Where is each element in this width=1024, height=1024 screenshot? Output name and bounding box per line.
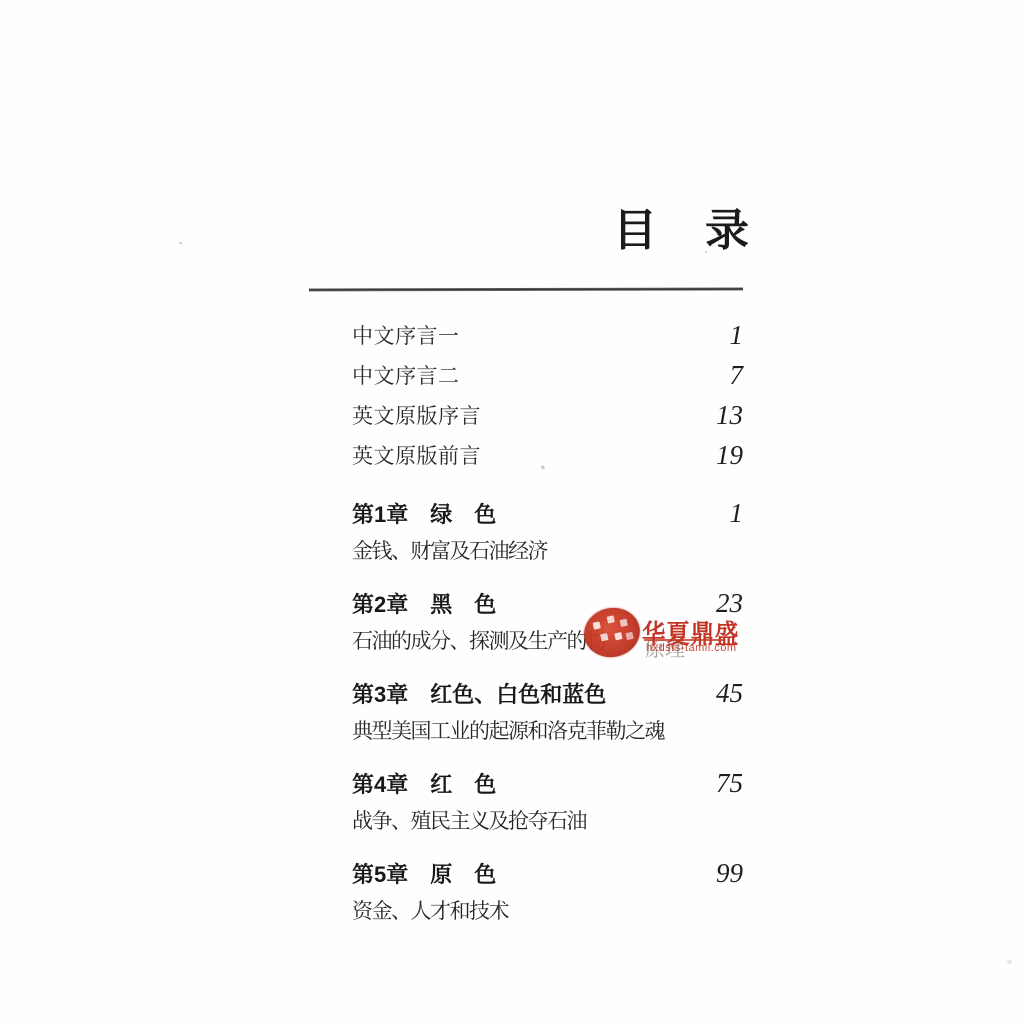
- entry-label: 中文序言二: [352, 360, 460, 390]
- front-matter-list: 中文序言一 1 中文序言二 7 英文原版序言 13 英文原版前言 19: [352, 315, 743, 475]
- scan-speck: [179, 242, 182, 244]
- watermark-domain-text: hxdsts-tamll.com: [646, 642, 737, 654]
- chapter-subtitle: 典型美国工业的起源和洛克菲勒之魂: [352, 720, 743, 742]
- watermark-rule: [644, 639, 724, 641]
- chapter-entry: 第5章 原 色 99 资金、人才和技术: [352, 860, 743, 922]
- chapter-entry: 第1章 绿 色 1 金钱、财富及石油经济: [352, 500, 743, 562]
- chapter-head: 第1章 绿 色 1: [352, 500, 743, 526]
- chapter-page-number: 1: [730, 500, 744, 527]
- chapter-title: 第2章 黑 色: [352, 592, 496, 618]
- chapter-title: 第1章 绿 色: [352, 502, 496, 528]
- chapter-title: 第3章 红色、白色和蓝色: [352, 682, 606, 708]
- chapter-subtitle: 金钱、财富及石油经济: [352, 540, 743, 562]
- chapter-page-number: 45: [716, 680, 743, 707]
- toc-entry: 英文原版序言 13: [352, 395, 743, 435]
- chapter-title: 第5章 原 色: [352, 862, 496, 888]
- entry-page-number: 13: [716, 402, 743, 429]
- toc-entry: 中文序言一 1: [352, 315, 743, 355]
- entry-label: 中文序言一: [352, 320, 460, 350]
- scanned-toc-page: { "document": { "title": "目 录", "front_m…: [0, 0, 1024, 1024]
- toc-entry: 中文序言二 7: [352, 355, 743, 395]
- page-title: 目 录: [613, 194, 751, 258]
- chapter-page-number: 23: [716, 590, 743, 617]
- chapter-subtitle: 资金、人才和技术: [352, 900, 743, 922]
- chapter-head: 第5章 原 色 99: [352, 860, 743, 886]
- entry-page-number: 1: [730, 322, 744, 349]
- chapter-page-number: 99: [716, 860, 743, 887]
- scan-speck: [1007, 960, 1012, 964]
- scan-speck: [705, 251, 707, 253]
- chapter-subtitle: 战争、殖民主义及抢夺石油: [352, 810, 743, 832]
- entry-page-number: 19: [716, 442, 743, 469]
- chapter-entry: 第4章 红 色 75 战争、殖民主义及抢夺石油: [352, 770, 743, 832]
- chapter-page-number: 75: [716, 770, 743, 797]
- chapter-head: 第3章 红色、白色和蓝色 45: [352, 680, 743, 706]
- toc-entry: 英文原版前言 19: [352, 435, 743, 475]
- entry-label: 英文原版前言: [352, 440, 481, 470]
- chapter-title: 第4章 红 色: [352, 772, 496, 798]
- entry-page-number: 7: [730, 362, 744, 389]
- title-divider-rule: [309, 288, 743, 292]
- entry-label: 英文原版序言: [352, 400, 481, 430]
- chapter-entry: 第3章 红色、白色和蓝色 45 典型美国工业的起源和洛克菲勒之魂: [352, 680, 743, 742]
- chapter-head: 第4章 红 色 75: [352, 770, 743, 796]
- chapter-list: 第1章 绿 色 1 金钱、财富及石油经济 第2章 黑 色 23 石油的成分、探测…: [352, 500, 743, 950]
- chapter-head: 第2章 黑 色 23: [352, 590, 743, 616]
